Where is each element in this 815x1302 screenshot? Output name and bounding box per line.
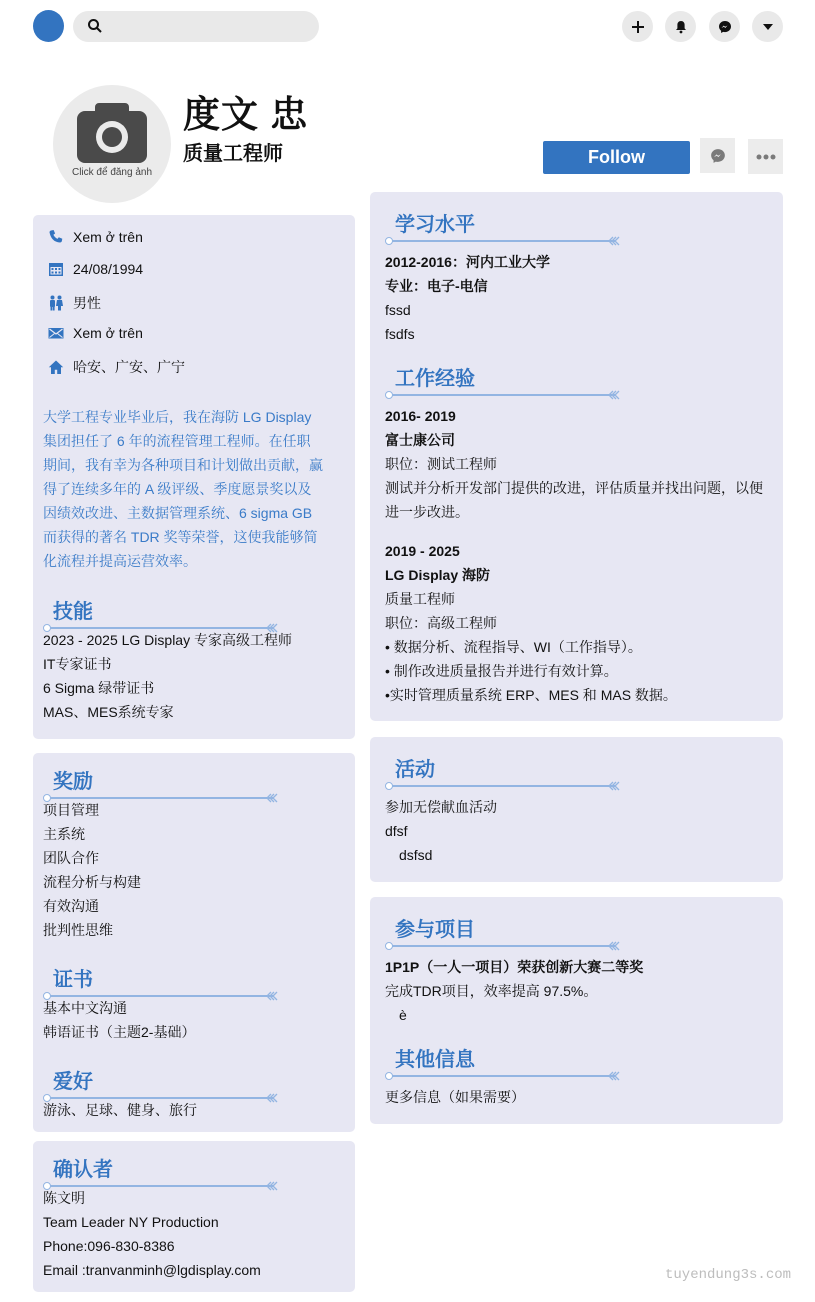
summary-text: 大学工程专业毕业后，我在海防 LG Display 集团担任了 6 年的流程管理… — [43, 405, 323, 573]
experience-heading: 工作经验 — [385, 362, 625, 402]
messenger-button[interactable] — [709, 11, 740, 42]
education-experience-card: 学习水平 2012-2016：河内工业大学 专业：电子-电信 fssd fsdf… — [370, 192, 783, 721]
top-bar — [0, 0, 815, 52]
list-item: 项目管理 — [43, 798, 141, 822]
references-list: 陈文明 Team Leader NY Production Phone:096-… — [43, 1186, 261, 1282]
list-item: Phone:096-830-8386 — [43, 1234, 261, 1258]
search-icon — [87, 18, 103, 34]
list-item: 2023 - 2025 LG Display 专家高级工程师 — [43, 628, 292, 652]
list-item: 2012-2016：河内工业大学 — [385, 250, 550, 274]
section-title: 爱好 — [53, 1065, 93, 1094]
list-item: 完成TDR项目，效率提高 97.5%。 — [385, 979, 643, 1003]
list-item: Team Leader NY Production — [43, 1210, 261, 1234]
other-list: 更多信息（如果需要） — [385, 1085, 525, 1109]
more-dots-icon — [756, 154, 776, 160]
profile-name: 度文 忠 — [183, 84, 308, 138]
arrow-tail-icon — [607, 780, 621, 792]
list-item: 职位：测试工程师 — [385, 452, 765, 476]
search-input[interactable] — [73, 11, 319, 42]
list-item: 6 Sigma 绿带证书 — [43, 676, 292, 700]
list-item: 质量工程师 — [385, 587, 765, 611]
divider — [389, 240, 615, 242]
references-card: 确认者 陈文明 Team Leader NY Production Phone:… — [33, 1141, 355, 1292]
avatar-upload[interactable]: Click để đăng ảnh — [53, 85, 171, 203]
watermark: tuyendung3s.com — [665, 1267, 791, 1283]
projects-card: 参与项目 1P1P（一人一项目）荣获创新大赛二等奖 完成TDR项目，效率提高 9… — [370, 897, 783, 1124]
follow-button[interactable]: Follow — [543, 141, 690, 174]
list-item: 陈文明 — [43, 1186, 261, 1210]
birthday-text: 24/08/1994 — [73, 261, 143, 277]
list-item: 批判性思维 — [43, 918, 141, 942]
list-item: 主系统 — [43, 822, 141, 846]
account-menu-button[interactable] — [752, 11, 783, 42]
camera-icon — [77, 101, 147, 163]
activities-list: 参加无偿献血活动 dfsf dsfsd — [385, 795, 497, 867]
section-title: 其他信息 — [395, 1043, 475, 1072]
list-item: fssd — [385, 298, 550, 322]
divider — [389, 945, 615, 947]
envelope-icon — [48, 325, 64, 341]
section-title: 技能 — [53, 595, 93, 624]
gender-row: 男性 — [48, 293, 101, 313]
education-heading: 学习水平 — [385, 208, 625, 248]
avatar-caption: Click để đăng ảnh — [53, 167, 171, 178]
certificates-list: 基本中文沟通 韩语证书（主题2-基础） — [43, 996, 195, 1044]
email-text: Xem ở trên — [73, 325, 143, 341]
list-item: dsfsd — [385, 843, 497, 867]
list-item: Email :tranvanminh@lgdisplay.com — [43, 1258, 261, 1282]
activities-card: 活动 参加无偿献血活动 dfsf dsfsd — [370, 737, 783, 882]
list-item: •实时管理质量系统 ERP、MES 和 MAS 数据。 — [385, 683, 765, 707]
create-button[interactable] — [622, 11, 653, 42]
more-options-button[interactable] — [748, 139, 783, 174]
job-company: LG Display 海防 — [385, 563, 765, 587]
gender-icon — [48, 295, 64, 311]
home-icon — [48, 359, 64, 375]
divider — [389, 394, 615, 396]
list-item: 更多信息（如果需要） — [385, 1085, 525, 1109]
arrow-tail-icon — [265, 990, 279, 1002]
arrow-tail-icon — [265, 1180, 279, 1192]
address-row: 哈安、广安、广宁 — [48, 357, 185, 377]
job-period: 2019 - 2025 — [385, 539, 765, 563]
list-item: fsdfs — [385, 322, 550, 346]
list-item: 流程分析与构建 — [43, 870, 141, 894]
project-title: 1P1P（一人一项目）荣获创新大赛二等奖 — [385, 955, 643, 979]
plus-icon — [631, 20, 645, 34]
arrow-tail-icon — [607, 235, 621, 247]
other-heading: 其他信息 — [385, 1043, 625, 1083]
message-button[interactable] — [700, 138, 735, 173]
skills-list: 2023 - 2025 LG Display 专家高级工程师 IT专家证书 6 … — [43, 628, 292, 724]
messenger-icon — [718, 20, 732, 34]
arrow-tail-icon — [265, 1092, 279, 1104]
list-item: 职位：高级工程师 — [385, 611, 765, 635]
divider-dot — [385, 782, 393, 790]
list-item: 测试并分析开发部门提供的改进，评估质量并找出问题，以便进一步改进。 — [385, 476, 765, 524]
divider — [389, 785, 615, 787]
job-entry: 2019 - 2025 LG Display 海防 质量工程师 职位：高级工程师… — [385, 539, 765, 707]
section-title: 确认者 — [53, 1153, 113, 1182]
section-title: 工作经验 — [395, 362, 475, 391]
notifications-button[interactable] — [665, 11, 696, 42]
job-company: 富士康公司 — [385, 428, 765, 452]
address-text: 哈安、广安、广宁 — [73, 357, 185, 377]
phone-icon — [48, 229, 64, 245]
awards-card: 奖励 项目管理 主系统 团队合作 流程分析与构建 有效沟通 批判性思维 证书 基… — [33, 753, 355, 1132]
divider-dot — [385, 237, 393, 245]
list-item: è — [385, 1003, 643, 1027]
section-title: 奖励 — [53, 765, 93, 794]
phone-text: Xem ở trên — [73, 229, 143, 245]
section-title: 参与项目 — [395, 913, 475, 942]
arrow-tail-icon — [607, 1070, 621, 1082]
activities-heading: 活动 — [385, 753, 625, 793]
projects-heading: 参与项目 — [385, 913, 625, 953]
profile-title: 质量工程师 — [183, 137, 283, 166]
list-item: 参加无偿献血活动 — [385, 795, 497, 819]
arrow-tail-icon — [265, 792, 279, 804]
job-entry: 2016- 2019 富士康公司 职位：测试工程师 测试并分析开发部门提供的改进… — [385, 404, 765, 524]
messenger-icon — [710, 148, 726, 164]
list-item: 团队合作 — [43, 846, 141, 870]
list-item: • 数据分析、流程指导、WI（工作指导）。 — [385, 635, 765, 659]
list-item: IT专家证书 — [43, 652, 292, 676]
list-item: 有效沟通 — [43, 894, 141, 918]
divider-dot — [385, 1072, 393, 1080]
phone-row: Xem ở trên — [48, 229, 143, 245]
birthday-row: 24/08/1994 — [48, 261, 143, 277]
logo[interactable] — [33, 10, 64, 42]
gender-text: 男性 — [73, 293, 101, 313]
list-item: • 制作改进质量报告并进行有效计算。 — [385, 659, 765, 683]
education-list: 2012-2016：河内工业大学 专业：电子-电信 fssd fsdfs — [385, 250, 550, 346]
divider-dot — [385, 391, 393, 399]
list-item: 韩语证书（主题2-基础） — [43, 1020, 195, 1044]
bell-icon — [674, 20, 688, 34]
section-title: 学习水平 — [395, 208, 475, 237]
calendar-icon — [48, 261, 64, 277]
contact-card: Xem ở trên 24/08/1994 男性 Xem ở trên 哈安、广… — [33, 215, 355, 739]
list-item: dfsf — [385, 819, 497, 843]
arrow-tail-icon — [607, 389, 621, 401]
awards-list: 项目管理 主系统 团队合作 流程分析与构建 有效沟通 批判性思维 — [43, 798, 141, 942]
divider-dot — [385, 942, 393, 950]
job-period: 2016- 2019 — [385, 404, 765, 428]
list-item: 专业：电子-电信 — [385, 274, 550, 298]
hobbies-list: 游泳、足球、健身、旅行 — [43, 1098, 197, 1122]
projects-list: 1P1P（一人一项目）荣获创新大赛二等奖 完成TDR项目，效率提高 97.5%。… — [385, 955, 643, 1027]
list-item: 基本中文沟通 — [43, 996, 195, 1020]
list-item: MAS、MES系统专家 — [43, 700, 292, 724]
divider — [389, 1075, 615, 1077]
list-item: 游泳、足球、健身、旅行 — [43, 1098, 197, 1122]
email-row: Xem ở trên — [48, 325, 143, 341]
arrow-tail-icon — [607, 940, 621, 952]
section-title: 活动 — [395, 753, 435, 782]
section-title: 证书 — [53, 963, 93, 992]
caret-down-icon — [761, 20, 775, 34]
